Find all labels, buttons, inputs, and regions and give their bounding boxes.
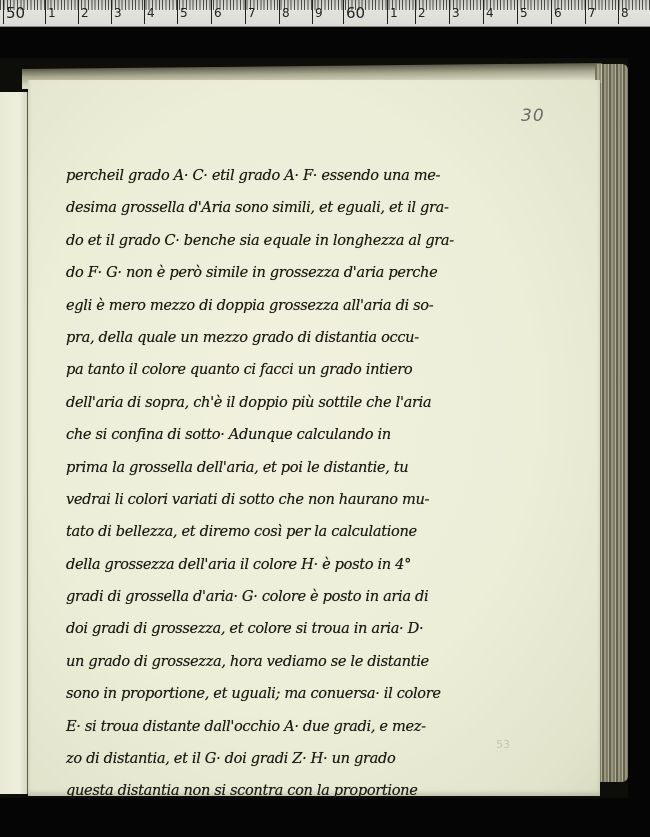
ruler-major-tick bbox=[387, 0, 388, 24]
ruler-major-tick bbox=[312, 0, 313, 24]
ruler-label: 9 bbox=[315, 7, 323, 19]
ruler-label: 3 bbox=[114, 7, 122, 19]
text-line: do F· G· non è però simile in grossezza … bbox=[66, 257, 466, 289]
ruler-label: 8 bbox=[282, 7, 290, 19]
ruler-major-tick bbox=[45, 0, 46, 24]
text-line: pra, della quale un mezzo grado di dista… bbox=[66, 322, 466, 354]
ruler-label: 4 bbox=[147, 7, 155, 19]
ruler-label: 5 bbox=[180, 7, 188, 19]
text-line: pa tanto il colore quanto ci facci un gr… bbox=[66, 354, 466, 386]
text-line: zo di distantia, et il G· doi gradi Z· H… bbox=[66, 743, 466, 775]
ruler-major-tick bbox=[551, 0, 552, 24]
ruler-major-tick bbox=[78, 0, 79, 24]
ruler-label: 2 bbox=[418, 7, 426, 19]
faint-bleed-through-mark: 53 bbox=[496, 738, 510, 751]
ruler-major-tick bbox=[517, 0, 518, 24]
folio-number: 30 bbox=[521, 106, 545, 126]
text-line: della grossezza dell'aria il colore H· è… bbox=[66, 549, 466, 581]
text-line: prima la grossella dell'aria, et poi le … bbox=[66, 452, 466, 484]
ruler-label: 4 bbox=[486, 7, 494, 19]
text-line: gradi di grossella d'aria· G· colore è p… bbox=[66, 581, 466, 613]
text-line: vedrai li colori variati di sotto che no… bbox=[66, 484, 466, 516]
ruler-label: 1 bbox=[48, 7, 56, 19]
ruler-major-tick bbox=[585, 0, 586, 24]
text-line: dell'aria di sopra, ch'è il doppio più s… bbox=[66, 387, 466, 419]
text-line: che si confina di sotto· Adunque calcula… bbox=[66, 419, 466, 451]
ruler-major-tick bbox=[343, 0, 344, 24]
ruler-label: 2 bbox=[81, 7, 89, 19]
text-line: desima grossella d'Aria sono simili, et … bbox=[66, 192, 466, 224]
ruler-label: 7 bbox=[588, 7, 596, 19]
ruler-label: 3 bbox=[452, 7, 460, 19]
ruler-label: 6 bbox=[554, 7, 562, 19]
ruler-major-tick bbox=[618, 0, 619, 24]
ruler-label: 6 bbox=[214, 7, 222, 19]
text-line: egli è mero mezzo di doppia grossezza al… bbox=[66, 290, 466, 322]
ruler-major-tick bbox=[3, 0, 4, 24]
ruler-major-tick bbox=[415, 0, 416, 24]
text-line: questa distantia non si scontra con la p… bbox=[66, 775, 466, 807]
text-line: percheil grado A· C· etil grado A· F· es… bbox=[66, 160, 466, 192]
ruler-major-tick bbox=[483, 0, 484, 24]
handwritten-text-block: percheil grado A· C· etil grado A· F· es… bbox=[66, 160, 466, 808]
ruler-major-tick bbox=[211, 0, 212, 24]
ruler-label: 5 bbox=[520, 7, 528, 19]
ruler-major-tick bbox=[144, 0, 145, 24]
ruler-major-tick bbox=[449, 0, 450, 24]
ruler-major-tick bbox=[111, 0, 112, 24]
ruler-label: 50 bbox=[6, 6, 25, 21]
ruler-label: 8 bbox=[621, 7, 629, 19]
text-line: doi gradi di grossezza, et colore si tro… bbox=[66, 613, 466, 645]
ruler-major-tick bbox=[177, 0, 178, 24]
ruler-major-tick bbox=[279, 0, 280, 24]
text-line: tato di bellezza, et diremo così per la … bbox=[66, 516, 466, 548]
ruler-label: 7 bbox=[248, 7, 256, 19]
text-line: do et il grado C· benche sia equale in l… bbox=[66, 225, 466, 257]
ruler-major-tick bbox=[245, 0, 246, 24]
text-line: un grado di grossezza, hora vediamo se l… bbox=[66, 646, 466, 678]
ruler-ticks bbox=[0, 0, 650, 10]
facing-page-edge bbox=[0, 92, 29, 794]
ruler-label: 60 bbox=[346, 6, 365, 21]
text-line: E· si troua distante dall'occhio A· due … bbox=[66, 711, 466, 743]
ruler-label: 1 bbox=[390, 7, 398, 19]
text-line: sono in proportione, et uguali; ma conue… bbox=[66, 678, 466, 710]
measuring-ruler: 501234567896012345678 bbox=[0, 0, 650, 27]
